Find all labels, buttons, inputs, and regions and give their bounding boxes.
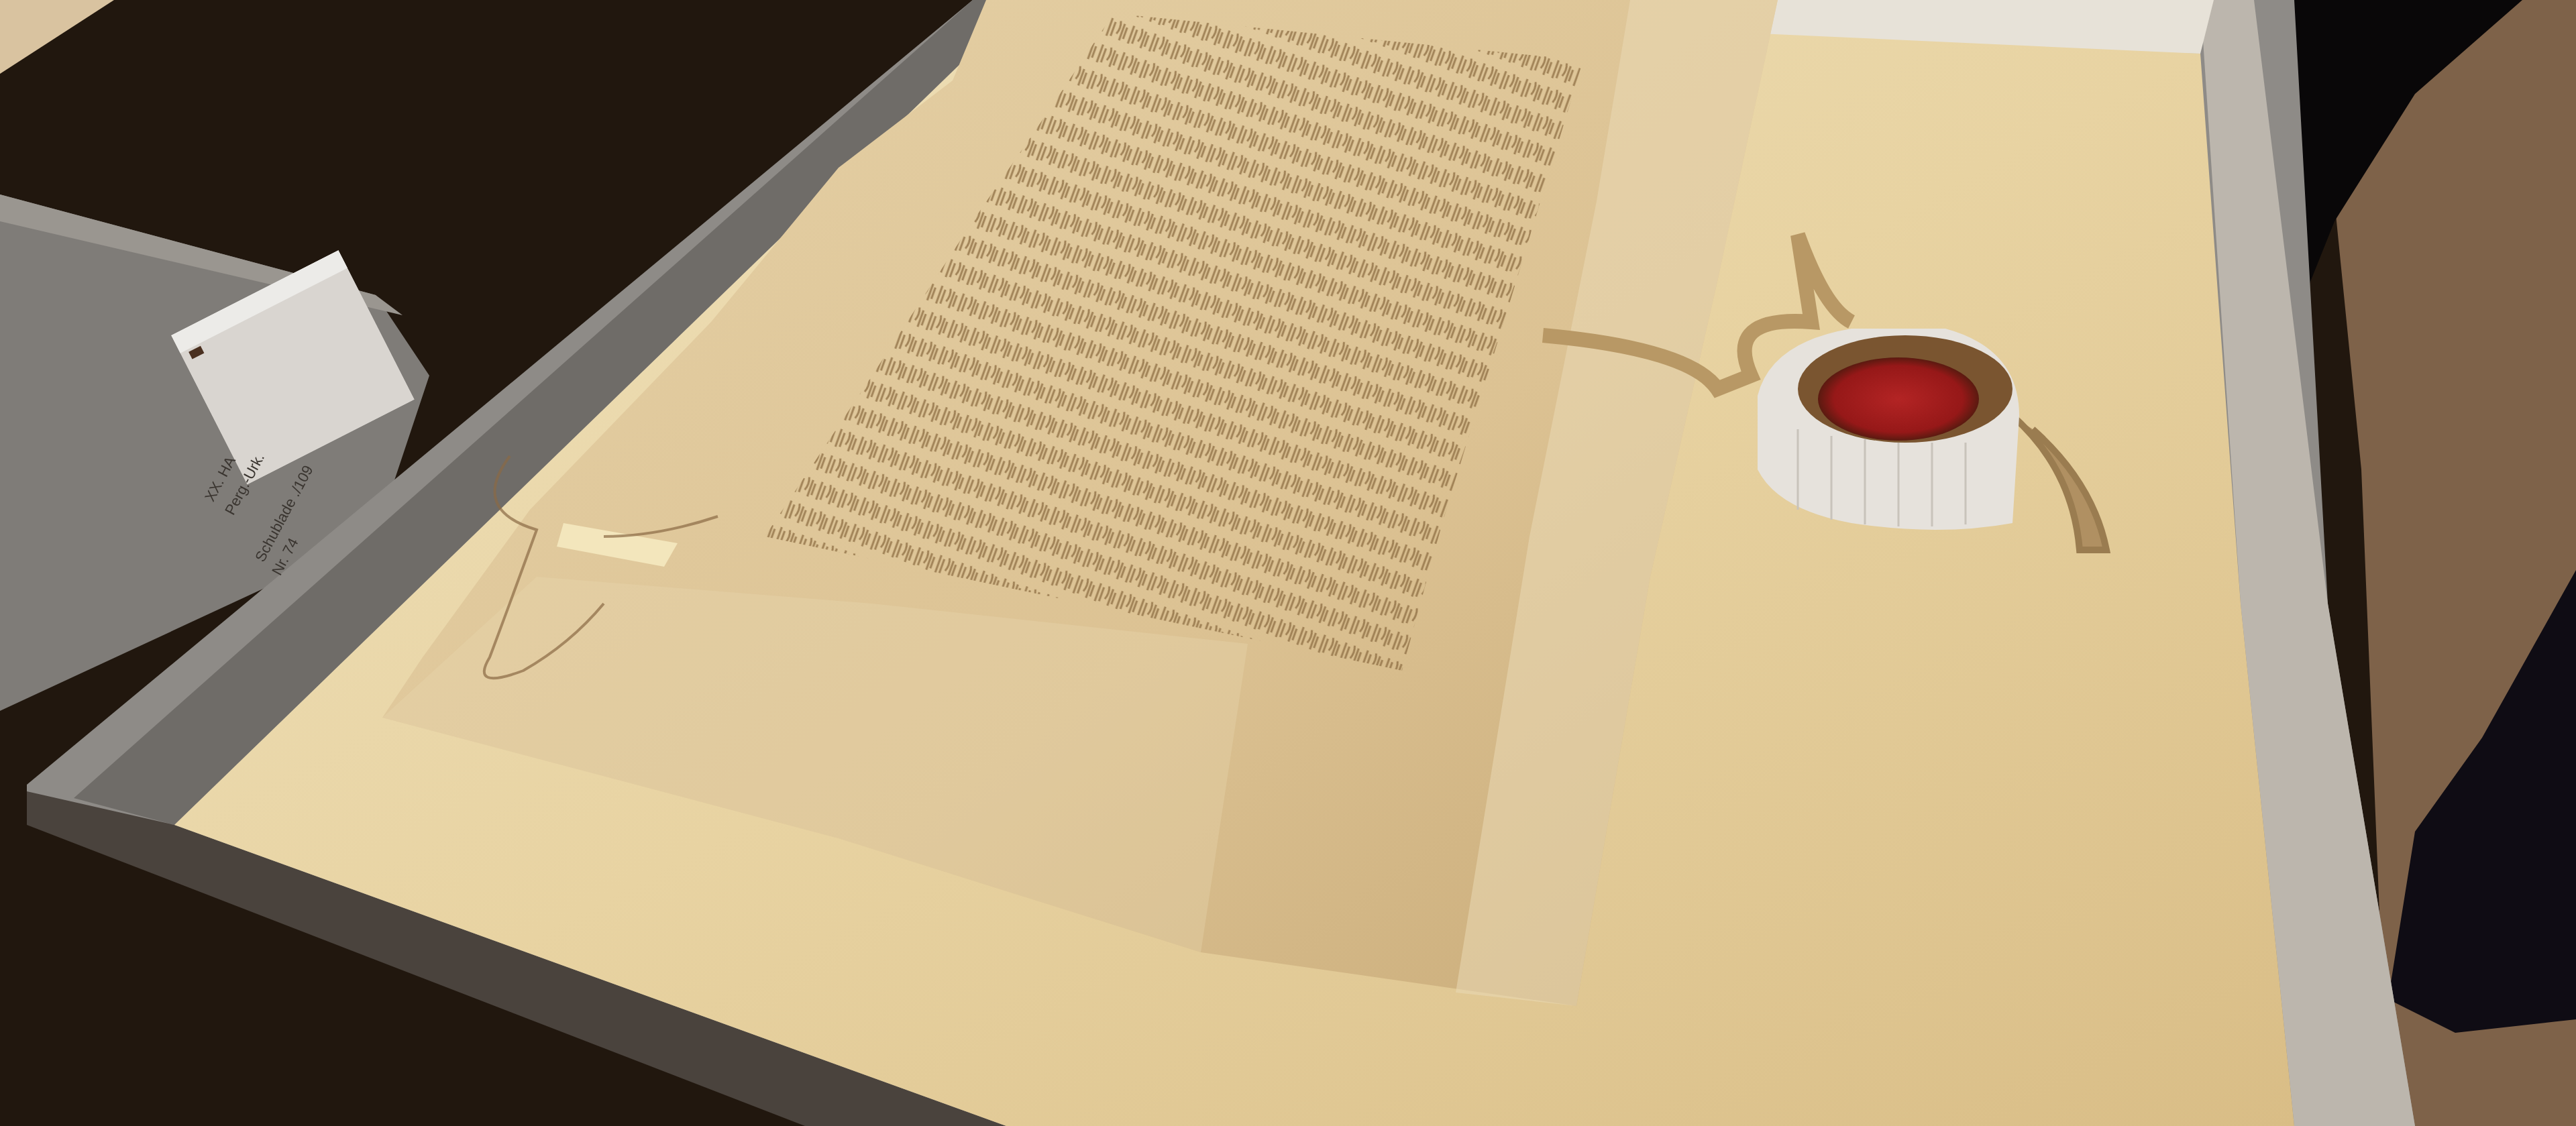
photo-scene: XX. HA Perg.-Urk. Schublade ./109 Nr. 74… <box>0 0 2576 1126</box>
scene-graphic <box>0 0 2576 1126</box>
red-wax-seal <box>1818 357 1979 441</box>
